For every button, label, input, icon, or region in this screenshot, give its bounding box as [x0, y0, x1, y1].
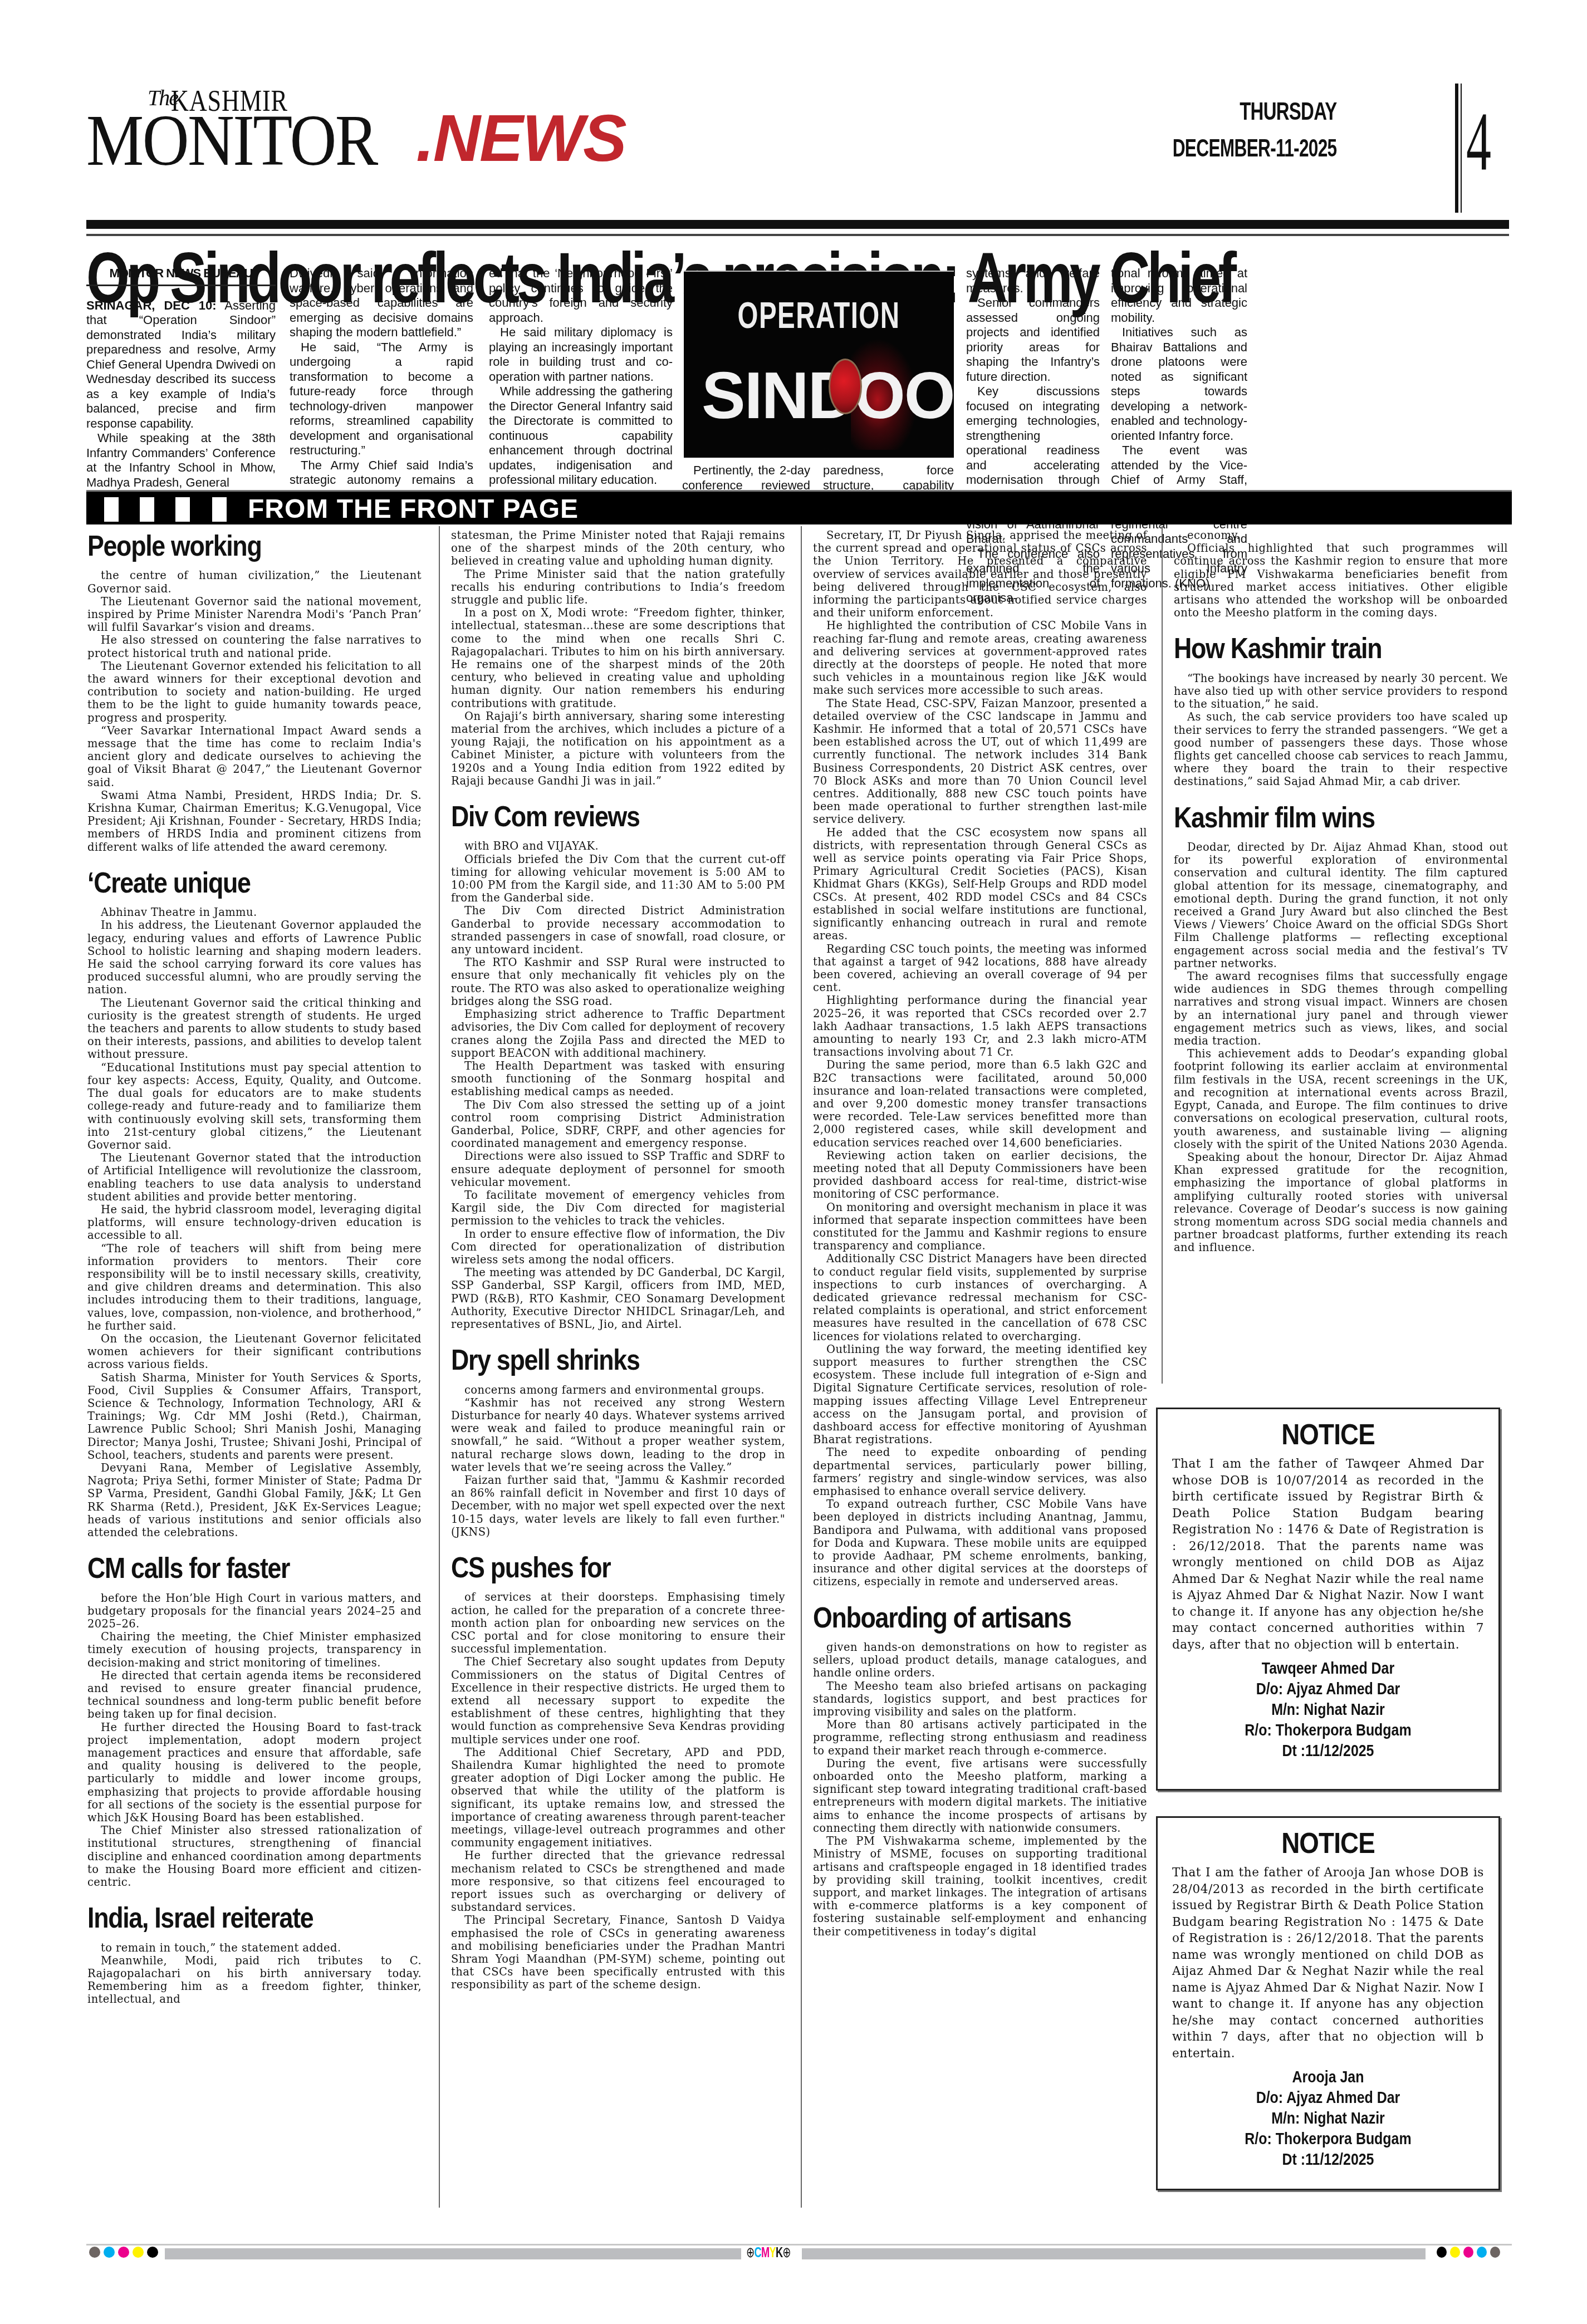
story-paragraph: Secretary, IT, Dr Piyush Singla, apprise…	[813, 529, 1147, 619]
story-paragraph: In order to ensure effective flow of inf…	[451, 1228, 785, 1267]
story-paragraph: Highlighting performance during the fina…	[813, 994, 1147, 1058]
notice-signature-line: R/o: Thokerpora Budgam	[1194, 1720, 1462, 1741]
notice-signature-line: M/n: Nighat Nazir	[1194, 2109, 1462, 2129]
lead-story-column-2: Dwivedi said, “Information warfare, cybe…	[290, 266, 473, 502]
story-headline: India, Israel reiterate	[87, 1901, 375, 1935]
notice-body: That I am the father of Tawqeer Ahmed Da…	[1172, 1456, 1484, 1653]
story-paragraph: Emphasizing strict adherence to Traffic …	[451, 1008, 785, 1060]
masthead-rule-thin	[86, 234, 1509, 236]
page-number-rule-thin	[1461, 84, 1462, 213]
notice-signature: Arooja Jan D/o: Ajyaz Ahmed Dar M/n: Nig…	[1194, 2067, 1462, 2170]
story-paragraph: To expand outreach further, CSC Mobile V…	[813, 1498, 1147, 1588]
column-1: People working the centre of human civil…	[87, 529, 422, 2011]
story-paragraph: He further directed the Housing Board to…	[87, 1721, 422, 1825]
crosshair-icon: ⊕	[782, 2244, 791, 2261]
lead-paragraph: While speaking at the 38th Infantry Comm…	[86, 431, 276, 490]
story-paragraph: On the occasion, the Lieutenant Governor…	[87, 1332, 422, 1371]
lead-paragraph: Initiatives such as Bhairav Battalions a…	[1111, 325, 1247, 443]
story-paragraph: On monitoring and oversight mechanism in…	[813, 1201, 1147, 1253]
story-paragraph: The RTO Kashmir and SSP Rural were instr…	[451, 956, 785, 1008]
story-paragraph: “Educational Institutions must pay speci…	[87, 1061, 422, 1151]
story-paragraph: The Additional Chief Secretary, APD and …	[451, 1746, 785, 1850]
registration-dots-right	[1437, 2247, 1500, 2258]
story-how-kashmir-train: How Kashmir train “The bookings have inc…	[1174, 631, 1508, 788]
notice-title: NOTICE	[1191, 1418, 1466, 1452]
story-headline: ‘Create unique	[87, 866, 375, 900]
story-paragraph: Additionally CSC District Managers have …	[813, 1252, 1147, 1342]
story-headline: CM calls for faster	[87, 1551, 375, 1586]
lead-paragraph: tional reforms aimed at improving operat…	[1111, 266, 1247, 325]
lead-story-column-1: MONITOR NEWS BUREAU SRINAGAR, DEC 10: As…	[86, 266, 276, 490]
story-paragraph: Officials highlighted that such programm…	[1174, 542, 1508, 619]
notice-signature-line: Arooja Jan	[1194, 2067, 1462, 2088]
page-number: 4	[1466, 100, 1491, 184]
story-paragraph: Swami Atma Nambi, President, HRDS India;…	[87, 789, 422, 854]
issue-date-full: DECEMBER-11-2025	[1172, 135, 1336, 163]
story-paragraph: Faizan further said that, "Jammu & Kashm…	[451, 1474, 785, 1538]
notice-body: That I am the father of Arooja Jan whose…	[1172, 1865, 1484, 2062]
column-divider	[801, 526, 802, 2208]
operation-sindoor-image: OPERATION SINDOOR	[684, 271, 954, 458]
story-paragraph: Officials briefed the Div Com that the c…	[451, 853, 785, 905]
lead-paragraph: He said, “The Army is undergoing a rapid…	[290, 340, 473, 458]
cmyk-registration-mark: ⊕CMYK⊕	[746, 2244, 791, 2261]
story-paragraph: “The role of teachers will shift from be…	[87, 1242, 422, 1332]
column-divider	[439, 526, 440, 2208]
story-paragraph: The award recognises films that successf…	[1174, 970, 1508, 1047]
story-headline: How Kashmir train	[1174, 631, 1461, 666]
story-paragraph: He said, the hybrid classroom model, lev…	[87, 1203, 422, 1242]
story-paragraph: On Rajaji’s birth anniversary, sharing s…	[451, 710, 785, 787]
issue-day: THURSDAY	[1165, 98, 1336, 126]
logo-news: .NEWS	[416, 106, 626, 171]
cmyk-k: K	[776, 2244, 782, 2261]
story-paragraph: The Chief Minister also stressed rationa…	[87, 1824, 422, 1889]
color-dot-icon	[1490, 2247, 1500, 2258]
color-dot-icon	[1450, 2247, 1460, 2258]
story-india-israel-reiterate: India, Israel reiterate to remain in tou…	[87, 1901, 422, 2006]
story-paragraph: Speaking about the honour, Director Dr. …	[1174, 1151, 1508, 1254]
bar-block-icon	[212, 497, 227, 522]
section-bar-front-page: FROM THE FRONT PAGE	[86, 490, 1512, 524]
story-paragraph: concerns among farmers and environmental…	[451, 1384, 785, 1396]
story-paragraph: The Meesho team also briefed artisans on…	[813, 1680, 1147, 1719]
notice-signature-line: Dt :11/12/2025	[1194, 2150, 1462, 2170]
story-cm-calls-for-faster: CM calls for faster before the Hon’ble H…	[87, 1551, 422, 1889]
story-paragraph: He further directed that the grievance r…	[451, 1849, 785, 1914]
story-paragraph: the centre of human civilization,” the L…	[87, 569, 422, 595]
image-title-sindoor: SINDOOR	[702, 358, 954, 434]
story-paragraph: The meeting was attended by DC Ganderbal…	[451, 1266, 785, 1331]
lead-paragraph: ed that the ‘Neighbourhood First’ policy…	[489, 266, 673, 325]
story-headline: Dry spell shrinks	[451, 1343, 738, 1377]
story-paragraph: He also stressed on countering the false…	[87, 634, 422, 659]
story-paragraph: The Health Department was tasked with en…	[451, 1060, 785, 1099]
image-title-operation: OPERATION	[722, 294, 916, 336]
story-paragraph: He added that the CSC ecosystem now span…	[813, 826, 1147, 943]
notice-signature-line: Dt :11/12/2025	[1194, 1741, 1462, 1762]
story-headline: Kashmir film wins	[1174, 801, 1461, 835]
story-onboarding-of-artisans: Onboarding of artisans given hands-on de…	[813, 1601, 1147, 1938]
cmyk-y: Y	[769, 2244, 775, 2261]
lead-paragraph: Asserting that “Operation Sindoor” demon…	[86, 298, 276, 430]
story-paragraph: The Lieutenant Governor extended his fel…	[87, 660, 422, 724]
story-cs-pushes-for: CS pushes for of services at their doors…	[451, 1551, 785, 1992]
story-headline: Onboarding of artisans	[813, 1601, 1100, 1635]
story-paragraph: The Div Com also stressed the setting up…	[451, 1099, 785, 1150]
story-paragraph: In his address, the Lieutenant Governor …	[87, 919, 422, 996]
story-paragraph: given hands-on demonstrations on how to …	[813, 1641, 1147, 1680]
column-divider	[1162, 526, 1163, 1384]
footer-gray-bar	[802, 2248, 1426, 2259]
color-dot-icon	[118, 2247, 129, 2258]
story-paragraph: Regarding CSC touch points, the meeting …	[813, 943, 1147, 994]
masthead: The KASHMIR MONITOR .NEWS THURSDAY DECEM…	[86, 84, 1509, 206]
lead-paragraph: Dwivedi said, “Information warfare, cybe…	[290, 266, 473, 340]
story-paragraph: “The bookings have increased by nearly 3…	[1174, 672, 1508, 711]
page-number-rule	[1455, 84, 1458, 213]
story-continued-artisans: economy. Officials highlighted that such…	[1174, 529, 1508, 619]
story-paragraph: with BRO and VIJAYAK.	[451, 840, 785, 852]
dateline: SRINAGAR, DEC 10:	[86, 298, 217, 312]
story-paragraph: Chairing the meeting, the Chief Minister…	[87, 1630, 422, 1669]
story-paragraph: Satish Sharma, Minister for Youth Servic…	[87, 1371, 422, 1462]
story-paragraph: This achievement adds to Deodar’s expand…	[1174, 1047, 1508, 1151]
story-headline: CS pushes for	[451, 1551, 738, 1585]
story-headline: People working	[87, 529, 375, 563]
notice-box-arooja: NOTICE That I am the father of Arooja Ja…	[1156, 1816, 1500, 2190]
lead-story-column-3: ed that the ‘Neighbourhood First’ policy…	[489, 266, 673, 488]
color-dot-icon	[1437, 2247, 1447, 2258]
story-paragraph: before the Hon’ble High Court in various…	[87, 1592, 422, 1631]
column-2: statesman, the Prime Minister noted that…	[451, 529, 785, 1996]
column-3: Secretary, IT, Dr Piyush Singla, apprise…	[813, 529, 1147, 1943]
sindoor-bowl-icon	[829, 359, 862, 414]
notice-signature-line: Tawqeer Ahmed Dar	[1194, 1659, 1462, 1679]
masthead-rule	[86, 220, 1509, 229]
story-continued-csc: Secretary, IT, Dr Piyush Singla, apprise…	[813, 529, 1147, 1588]
lead-paragraph: While addressing the gathering the Direc…	[489, 384, 673, 488]
story-paragraph: During the event, five artisans were suc…	[813, 1757, 1147, 1835]
story-paragraph: The Chief Secretary also sought updates …	[451, 1655, 785, 1746]
story-people-working: People working the centre of human civil…	[87, 529, 422, 854]
story-paragraph: statesman, the Prime Minister noted that…	[451, 529, 785, 568]
story-headline: Div Com reviews	[451, 800, 738, 834]
story-paragraph: As such, the cab service providers too h…	[1174, 710, 1508, 788]
story-paragraph: He highlighted the contribution of CSC M…	[813, 619, 1147, 697]
story-paragraph: economy.	[1174, 529, 1508, 542]
notice-title: NOTICE	[1191, 1827, 1466, 1860]
registration-dots-left	[89, 2247, 158, 2258]
story-continued-rajaji: statesman, the Prime Minister noted that…	[451, 529, 785, 787]
story-paragraph: The PM Vishwakarma scheme, implemented b…	[813, 1835, 1147, 1938]
bar-block-icon	[175, 497, 190, 522]
logo-monitor: MONITOR	[86, 104, 376, 177]
story-create-unique: ‘Create unique Abhinav Theatre in Jammu.…	[87, 866, 422, 1539]
lead-paragraph: Senior commanders assessed ongoing proje…	[966, 296, 1100, 384]
cmyk-m: M	[761, 2244, 769, 2261]
story-paragraph: to remain in touch,” the statement added…	[87, 1941, 422, 1954]
color-dot-icon	[133, 2247, 144, 2258]
color-dot-icon	[104, 2247, 115, 2258]
color-dot-icon	[1477, 2247, 1487, 2258]
notice-signature-line: R/o: Thokerpora Budgam	[1194, 2129, 1462, 2150]
notice-signature-line: D/o: Ajyaz Ahmed Dar	[1194, 1679, 1462, 1700]
story-paragraph: During the same period, more than 6.5 la…	[813, 1058, 1147, 1149]
story-paragraph: In a post on X, Modi wrote: “Freedom fig…	[451, 606, 785, 710]
story-paragraph: The Lieutenant Governor said the nationa…	[87, 595, 422, 634]
notice-signature-line: M/n: Nighat Nazir	[1194, 1700, 1462, 1720]
lead-paragraph: He said military diplomacy is playing an…	[489, 325, 673, 384]
story-paragraph: The State Head, CSC-SPV, Faizan Manzoor,…	[813, 697, 1147, 826]
color-dot-icon	[147, 2247, 158, 2258]
color-dot-icon	[1463, 2247, 1473, 2258]
story-paragraph: of services at their doorsteps. Emphasis…	[451, 1591, 785, 1655]
story-paragraph: The Lieutenant Governor stated that the …	[87, 1151, 422, 1203]
story-paragraph: To facilitate movement of emergency vehi…	[451, 1189, 785, 1228]
notice-signature-line: D/o: Ajyaz Ahmed Dar	[1194, 2088, 1462, 2109]
bar-block-icon	[104, 497, 119, 522]
notice-signature: Tawqeer Ahmed Dar D/o: Ajyaz Ahmed Dar M…	[1194, 1659, 1462, 1762]
story-paragraph: Deodar, directed by Dr. Aijaz Ahmad Khan…	[1174, 841, 1508, 970]
byline: MONITOR NEWS BUREAU	[86, 266, 276, 286]
lead-paragraph: systems and welfare measures.	[966, 266, 1100, 296]
story-paragraph: “Kashmir has not received any strong Wes…	[451, 1396, 785, 1474]
cmyk-c: C	[755, 2244, 761, 2261]
footer-gray-bar	[165, 2248, 741, 2259]
story-paragraph: The Lieutenant Governor said the critica…	[87, 997, 422, 1061]
story-paragraph: Meanwhile, Modi, paid rich tributes to C…	[87, 1954, 422, 2006]
footer-rule	[86, 2244, 1512, 2245]
story-paragraph: The Principal Secretary, Finance, Santos…	[451, 1914, 785, 1991]
story-paragraph: The Prime Minister said that the nation …	[451, 568, 785, 607]
story-dry-spell-shrinks: Dry spell shrinks concerns among farmers…	[451, 1343, 785, 1538]
story-paragraph: Devyani Rana, Member of Legislative Asse…	[87, 1462, 422, 1539]
story-paragraph: Outlining the way forward, the meeting i…	[813, 1343, 1147, 1447]
story-paragraph: “Veer Savarkar International Impact Awar…	[87, 724, 422, 789]
section-title: FROM THE FRONT PAGE	[248, 496, 579, 523]
story-paragraph: More than 80 artisans actively participa…	[813, 1718, 1147, 1757]
story-paragraph: The need to expedite onboarding of pendi…	[813, 1446, 1147, 1498]
story-paragraph: He directed that certain agenda items be…	[87, 1669, 422, 1721]
story-kashmir-film-wins: Kashmir film wins Deodar, directed by Dr…	[1174, 801, 1508, 1254]
story-paragraph: Directions were also issued to SSP Traff…	[451, 1150, 785, 1189]
crosshair-icon: ⊕	[746, 2244, 755, 2261]
issue-date: THURSDAY DECEMBER-11-2025	[1109, 98, 1337, 163]
story-paragraph: Reviewing action taken on earlier decisi…	[813, 1149, 1147, 1201]
story-paragraph: The Div Com directed District Administra…	[451, 904, 785, 956]
story-div-com-reviews: Div Com reviews with BRO and VIJAYAK. Of…	[451, 800, 785, 1331]
column-4: economy. Officials highlighted that such…	[1174, 529, 1508, 1259]
color-dot-icon	[89, 2247, 100, 2258]
story-paragraph: Abhinav Theatre in Jammu.	[87, 906, 422, 919]
notice-box-tawqeer: NOTICE That I am the father of Tawqeer A…	[1156, 1408, 1500, 1791]
bar-block-icon	[140, 497, 154, 522]
